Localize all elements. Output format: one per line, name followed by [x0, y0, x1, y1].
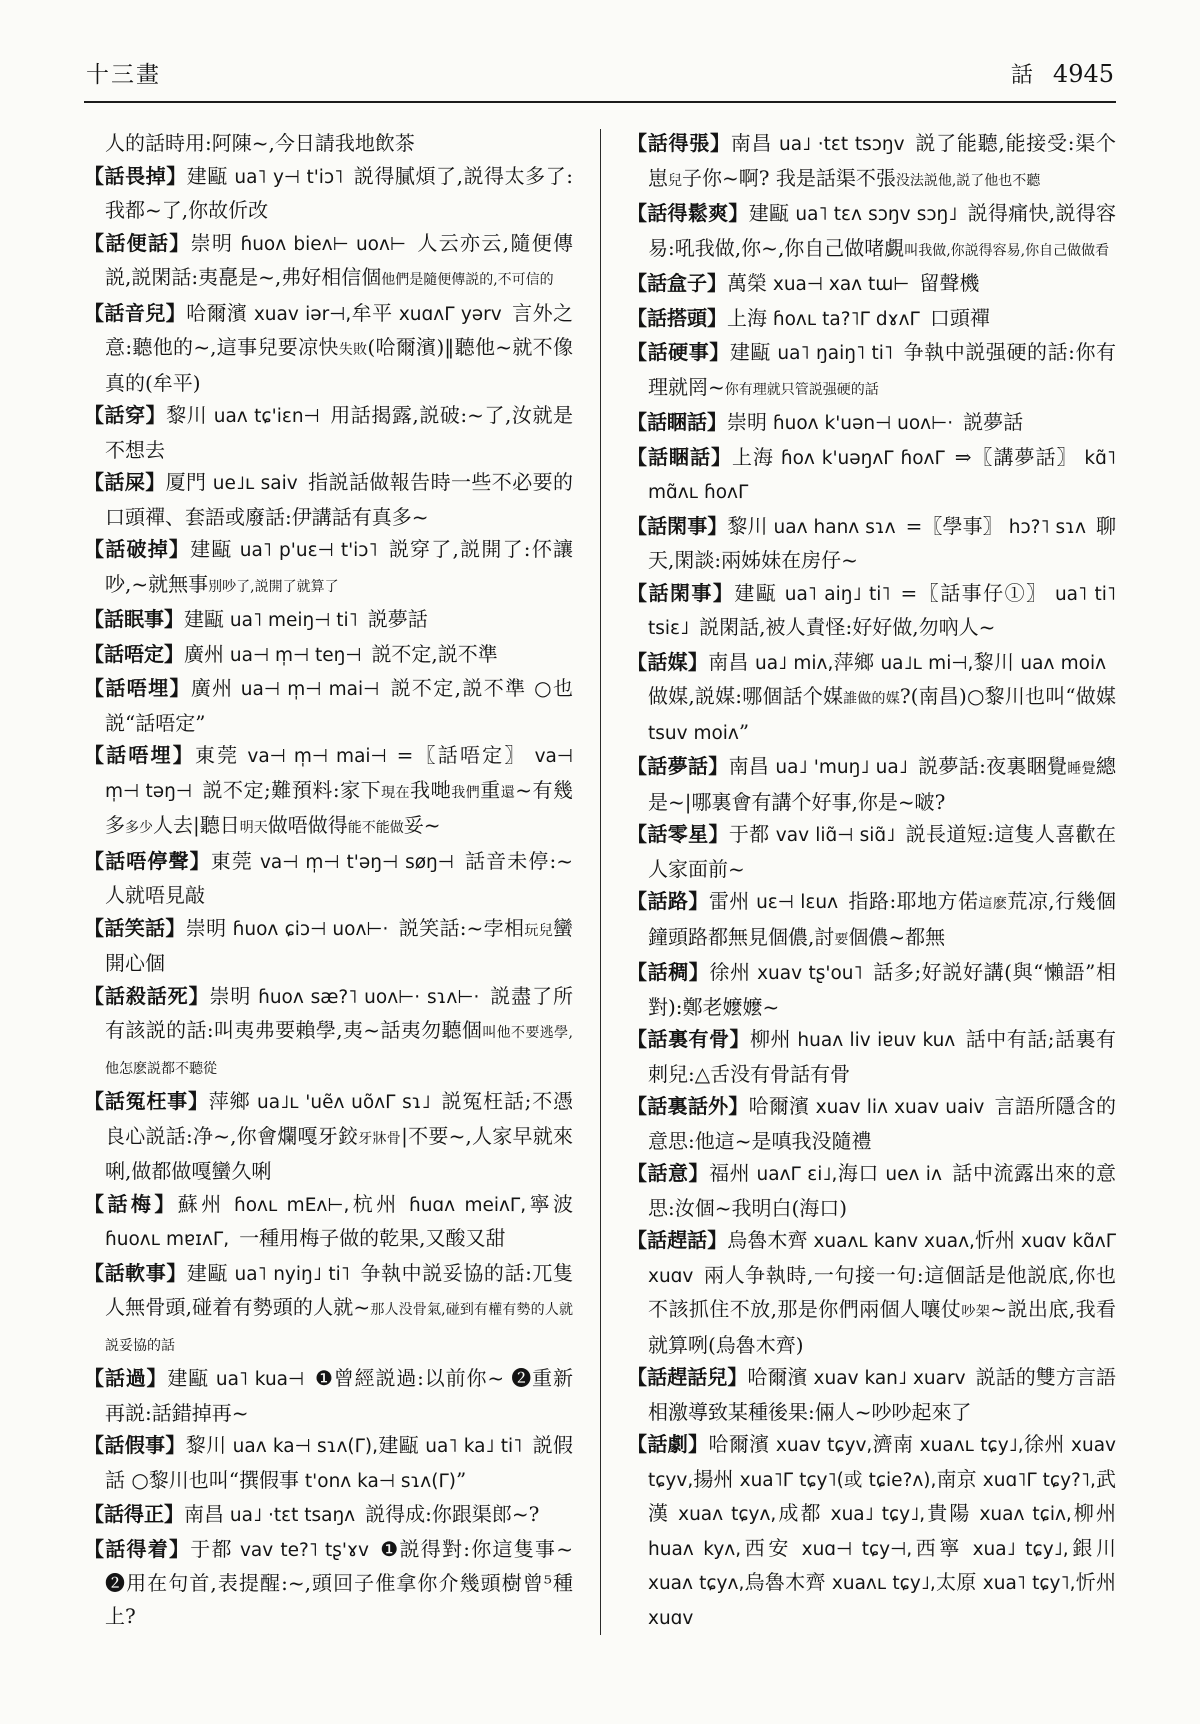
definition-text: 説不定,説不準: [361, 642, 497, 666]
definition-text: 個儂~都無: [848, 925, 945, 949]
inline-gloss: 多少: [125, 820, 153, 836]
dialect-name: 徐州: [709, 960, 750, 984]
phonetic-transcription: tsuᴠ moiʌ: [648, 723, 739, 744]
phonetic-transcription: xuaᴠ kan˩ xuarᴠ: [808, 1368, 966, 1389]
dictionary-entry: 【話夢話】南昌 ua˩ 'muŋ˩ ua˩ 説夢話:夜裏睏覺睡覺總是~|哪裏會有…: [627, 750, 1116, 818]
phonetic-transcription: ɦuɑʌ meiʌΓ,: [400, 1195, 526, 1216]
entry-headword: 【話閑事】: [627, 514, 727, 538]
dialect-name: 太原: [936, 1570, 977, 1594]
dictionary-page: 十三畫 話 4945 人的話時用:阿陳~,今日請我地飲茶【話畏掉】建甌 ua˥ …: [0, 0, 1200, 1635]
left-column: 人的話時用:阿陳~,今日請我地飲茶【話畏掉】建甌 ua˥ y⊣ t'iɔ˥ 説得…: [84, 127, 573, 1635]
phonetic-transcription: ɦuoʌʟ mɐɪʌΓ,: [105, 1229, 229, 1250]
phonetic-transcription: ɦoʌʟ ta?˥Γ dɤʌΓ: [767, 309, 920, 330]
dialect-name: 南京: [936, 1467, 976, 1491]
phonetic-transcription: xuaʌʟ tɕy˩,: [913, 1435, 1023, 1456]
dialect-name: 崇明: [186, 916, 227, 940]
dictionary-entry: 【話破掉】建甌 ua˥ p'uɛ⊣ t'iɔ˥ 説穿了,説開了:伓讓吵,~就無事…: [84, 533, 573, 603]
entry-headword: 【話路】: [627, 889, 709, 913]
dictionary-entry: 【話路】雷州 uɛ⊣ lɛuʌ 指路:耶地方偌這麽荒凉,行幾個鐘頭路都無見個儂,…: [627, 885, 1116, 956]
dialect-name: 西安: [741, 1536, 792, 1560]
phonetic-transcription: ɦoʌʟ mEʌ⊢,: [225, 1195, 350, 1216]
inline-gloss: 別吵了,説開了就算了: [208, 579, 338, 595]
phonetic-transcription: xua˩ tɕy˩,: [963, 1539, 1069, 1560]
dialect-name: 烏魯木齊: [727, 1228, 807, 1252]
dictionary-entry: 【話唔埋】東莞 va⊣ m̩⊣ mai⊣ =〖話唔定〗 va⊣ m̩⊣ təŋ⊣…: [84, 739, 573, 845]
definition-text: ”: [739, 720, 749, 744]
dialect-name: 崇明: [727, 410, 767, 434]
dictionary-entry: 【話趕話】烏魯木齊 xuaʌʟ kanᴠ xuaʌ,忻州 xuɑᴠ kɑ̃ʌΓ …: [627, 1224, 1116, 1361]
entry-headword: 【話屎】: [84, 470, 166, 494]
definition-text: 口頭禪: [920, 306, 990, 330]
entry-headword: 【話殺話死】: [84, 984, 209, 1008]
dialect-name: 黎川: [973, 650, 1014, 674]
dialect-name: 建甌: [730, 340, 771, 364]
inline-gloss: 現在: [381, 785, 410, 801]
column-divider: [600, 129, 601, 1635]
phonetic-transcription: uaʌ hanʌ sɿʌ: [768, 517, 896, 538]
entry-headword: 【話眠事】: [84, 607, 184, 631]
dialect-name: 哈爾濱: [709, 1432, 770, 1456]
phonetic-transcription: ua˥ y⊣ t'iɔ˥: [228, 167, 343, 188]
entry-headword: 【話閑事】: [627, 581, 734, 605]
inline-gloss: 没法説他,説了他也不聽: [896, 173, 1040, 189]
definition-text: 指路:耶地方偌: [838, 889, 978, 913]
radical-stroke-header: 十三畫: [86, 56, 161, 89]
definition-text: 重: [480, 778, 501, 802]
dialect-name: 建甌: [187, 164, 228, 188]
phonetic-transcription: ua˩ 'muŋ˩ ua˩: [769, 757, 908, 778]
dictionary-entry: 【話冤枉事】萍鄉 ua˩ʟ 'uẽʌ uõʌΓ sɿ˩ 説冤枉話;不憑良心説話:…: [84, 1085, 573, 1188]
definition-text: 做唔做得: [268, 813, 348, 837]
entry-headword: 【話過】: [84, 1366, 167, 1390]
dialect-name: 徐州: [1024, 1432, 1065, 1456]
dictionary-entry: 【話眠事】建甌 ua˥ meiŋ⊣ ti˥ 説夢話: [84, 603, 573, 638]
phonetic-transcription: ua˩ miʌ,: [749, 653, 834, 674]
dictionary-entry: 【話睏話】崇明 ɦuoʌ k'uən⊣ uoʌ⊢· 説夢話: [627, 406, 1116, 441]
phonetic-transcription: ɦoʌ k'uəŋʌΓ ɦoʌΓ: [774, 448, 945, 469]
definition-text: 一種用梅子做的乾果,又酸又甜: [229, 1226, 505, 1250]
dialect-name: 雷州: [709, 889, 750, 913]
dialect-name: 南昌: [729, 754, 770, 778]
dialect-name: 黎川: [727, 514, 767, 538]
phonetic-transcription: xuaᴠ iər⊣,: [248, 304, 352, 325]
phonetic-transcription: xuaʌʟ tɕy˩,: [826, 1573, 936, 1594]
entry-headword: 【話得正】: [84, 1502, 184, 1526]
entry-headword: 【話唔埋】: [84, 743, 195, 767]
inline-gloss: 玩兒: [524, 923, 553, 939]
inline-gloss: 要: [834, 932, 848, 948]
inline-gloss: 能不能做: [348, 820, 404, 836]
entry-headword: 【話睏話】: [627, 410, 727, 434]
entry-headword: 【話零星】: [627, 822, 729, 846]
entry-headword: 【話笑話】: [84, 916, 186, 940]
dialect-name: 哈爾濱: [186, 301, 247, 325]
entry-headword: 【話破掉】: [84, 537, 190, 561]
dictionary-entry: 【話零星】于都 vaᴠ liɑ̃⊣ siɑ̃˩ 説長道短:這隻人喜歡在人家面前~: [627, 818, 1116, 885]
entry-headword: 【話便話】: [84, 231, 191, 255]
entry-headword: 【話音兒】: [84, 301, 186, 325]
entry-headword: 【話搭頭】: [627, 306, 727, 330]
dialect-name: 貴陽: [925, 1501, 971, 1525]
dialect-name: 海口: [837, 1161, 879, 1185]
phonetic-transcription: uɛ⊣ lɛuʌ: [750, 892, 838, 913]
phonetic-transcription: xua˥ tɕy˥,: [977, 1573, 1076, 1594]
page-header: 十三畫 話 4945: [84, 56, 1116, 101]
dictionary-entry: 【話媒】南昌 ua˩ miʌ,萍鄉 ua˩ʟ mi⊣,黎川 uaʌ moiʌ 做…: [627, 646, 1116, 751]
dictionary-entry: 【話軟事】建甌 ua˥ nyiŋ˩ ti˥ 争執中説妥協的話:兀隻人無骨頭,碰着…: [84, 1257, 573, 1363]
dictionary-entry: 【話趕話兒】哈爾濱 xuaᴠ kan˩ xuarᴠ 説話的雙方言語相激導致某種後…: [627, 1361, 1116, 1428]
inline-gloss: 明天: [240, 820, 268, 836]
definition-text: 説不定;難預料:家下: [192, 778, 381, 802]
right-column: 【話得張】南昌 ua˩ ·tɛt tsɔŋᴠ 説了能聽,能接受:渠个崽兒子你~啊…: [627, 127, 1116, 1635]
phonetic-transcription: xuaʌ tɕyʌ,: [648, 1573, 744, 1594]
dictionary-entry: 【話穿】黎川 uaʌ tɕ'iɛn⊣ 用話揭露,説破:~了,汝就是不想去: [84, 399, 573, 466]
phonetic-transcription: ueʌ iʌ: [879, 1164, 942, 1185]
dialect-name: 厦門: [166, 470, 207, 494]
phonetic-transcription: xuaᴠ tʂ'ou˥: [751, 963, 863, 984]
phonetic-transcription: huaʌ liᴠ iɐuᴠ kuʌ: [791, 1030, 955, 1051]
phonetic-transcription: ua˩ʟ mi⊣,: [874, 653, 973, 674]
phonetic-transcription: xuaʌ tɕiʌ,: [971, 1504, 1071, 1525]
entry-headword: 【話得鬆爽】: [627, 201, 749, 225]
entry-headword: 【話意】: [627, 1161, 709, 1185]
phonetic-transcription: vaᴠ te?˥ tʂ'ɤᴠ: [233, 1540, 369, 1561]
definition-text: ”: [456, 1468, 466, 1492]
dialect-name: 于都: [190, 1537, 233, 1561]
dialect-name: 哈爾濱: [747, 1365, 807, 1389]
dialect-name: 廣州: [184, 642, 224, 666]
dictionary-entry: 【話得着】于都 vaᴠ te?˥ tʂ'ɤᴠ ❶説得對:你這隻事~ ❷用在句首,…: [84, 1533, 573, 1633]
definition-text: 説夢話:夜裏睏覺: [908, 754, 1068, 778]
dialect-name: 建甌: [749, 201, 790, 225]
phonetic-transcription: xua˩ tɕy˩,: [823, 1504, 926, 1525]
dialect-name: 西寧: [912, 1536, 963, 1560]
definition-text: 人去|聽日: [153, 813, 240, 837]
dictionary-entry: 【話睏話】上海 ɦoʌ k'uəŋʌΓ ɦoʌΓ ⇒〖講夢話〗 kɑ̃˥ mɑ̃…: [627, 441, 1116, 510]
definition-text: 説笑話:~孛相: [388, 916, 524, 940]
dictionary-entry: 【話搭頭】上海 ɦoʌʟ ta?˥Γ dɤʌΓ 口頭禪: [627, 302, 1116, 337]
phonetic-transcription: ua˩ ·tɛt tsɔŋᴠ: [772, 134, 904, 155]
entry-headword: 【話稠】: [627, 960, 709, 984]
dictionary-entry: 【話閑事】黎川 uaʌ hanʌ sɿʌ =〖學事〗 hɔ?˥ sɿʌ 聊天,閑…: [627, 510, 1116, 577]
entry-headword: 【話唔定】: [84, 642, 184, 666]
phonetic-transcription: ua˥ meiŋ⊣ ti˥: [224, 610, 358, 631]
dialect-name: 烏魯木齊: [744, 1570, 825, 1594]
inline-gloss: 睡覺: [1067, 761, 1096, 777]
dialect-name: 南昌: [184, 1502, 224, 1526]
dialect-name: 柳州: [1072, 1501, 1116, 1525]
dictionary-entry: 【話殺話死】崇明 ɦuoʌ sæ?˥ uoʌ⊢· sɿʌ⊢· 説盡了所有該説的話…: [84, 980, 573, 1086]
dialect-name: 于都: [729, 822, 770, 846]
phonetic-transcription: ɦuoʌ ɕiɔ⊣ uoʌ⊢·: [226, 919, 388, 940]
dialect-name: 廣州: [191, 676, 234, 700]
entry-headword: 【話媒】: [627, 650, 708, 674]
definition-text: =〖話事仔①〗: [890, 581, 1047, 605]
dictionary-entry: 【話梅】蘇州 ɦoʌʟ mEʌ⊢,杭州 ɦuɑʌ meiʌΓ,寧波 ɦuoʌʟ …: [84, 1188, 573, 1257]
dialect-name: 黎川: [186, 1433, 227, 1457]
dialect-name: 建甌: [734, 581, 777, 605]
phonetic-transcription: ua˥ nyiŋ˩ ti˥: [228, 1264, 350, 1285]
dictionary-entry: 【話屎】厦門 ue˩ʟ saiᴠ 指説話做報告時一些不必要的口頭禪、套語或廢話:…: [84, 466, 573, 533]
dictionary-entry: 【話劇】哈爾濱 xuaᴠ tɕyᴠ,濟南 xuaʌʟ tɕy˩,徐州 xuaᴠ …: [627, 1428, 1116, 1635]
dialect-name: 杭州: [349, 1192, 399, 1216]
inline-gloss: 我們: [451, 785, 480, 801]
phonetic-transcription: ua˩ʟ 'uẽʌ uõʌΓ sɿ˩: [250, 1092, 430, 1113]
phonetic-transcription: va⊣ m̩⊣ mai⊣: [239, 746, 386, 767]
dictionary-entry: 【話盒子】萬榮 xua⊣ xaʌ tɯ⊢ 留聲機: [627, 267, 1116, 302]
entry-headword: 【話裏話外】: [627, 1094, 749, 1118]
dialect-name: 蘇州: [178, 1192, 225, 1216]
guide-character: 話: [1011, 58, 1033, 89]
dictionary-entry: 【話唔埋】廣州 ua⊣ m̩⊣ mai⊣ 説不定,説不準 ○也説“話唔定”: [84, 672, 573, 739]
dialect-name: 柳州: [750, 1027, 791, 1051]
entry-headword: 【話得着】: [84, 1537, 190, 1561]
definition-text: 説夢話: [358, 607, 428, 631]
dictionary-entry: 【話便話】崇明 ɦuoʌ bieʌ⊢ uoʌ⊢ 人云亦云,隨便傳説,説閑話:夷嗭…: [84, 227, 573, 297]
phonetic-transcription: vaᴠ liɑ̃⊣ siɑ̃˩: [770, 825, 896, 846]
dialect-name: 建甌: [378, 1433, 419, 1457]
dictionary-entry: 【話假事】黎川 uaʌ ka⊣ sɿʌ(Γ),建甌 ua˥ ka˩ ti˥ 説假…: [84, 1429, 573, 1498]
phonetic-transcription: xuaʌʟ kanᴠ xuaʌ,: [808, 1231, 975, 1252]
definition-text: 説得成:你跟渠郎~?: [355, 1502, 539, 1526]
dialect-name: 濟南: [872, 1432, 913, 1456]
phonetic-transcription: xua˥Γ tɕy˥(或 tɕie?ʌ),: [734, 1470, 937, 1491]
dictionary-entry: 【話畏掉】建甌 ua˥ y⊣ t'iɔ˥ 説得膩煩了,説得太多了:我都~了,你故…: [84, 160, 573, 227]
entry-headword: 【話硬事】: [627, 340, 730, 364]
dialect-name: 建甌: [190, 537, 232, 561]
dialect-name: 萍鄉: [833, 650, 874, 674]
phonetic-transcription: xuaʌ tɕyʌ,: [670, 1504, 776, 1525]
dictionary-entry: 【話唔停聲】東莞 va⊣ m̩⊣ t'əŋ⊣ søŋ⊣ 話音未停:~人就唔見敲: [84, 845, 573, 912]
dictionary-entry: 【話唔定】廣州 ua⊣ m̩⊣ teŋ⊣ 説不定,説不準: [84, 638, 573, 673]
dialect-name: 建甌: [187, 1261, 228, 1285]
entry-headword: 【話裏有骨】: [627, 1027, 750, 1051]
dictionary-entry: 【話稠】徐州 xuaᴠ tʂ'ou˥ 話多;好説好講(與“懶語”相對):鄭老嬤嬤…: [627, 956, 1116, 1023]
dialect-name: 建甌: [167, 1366, 209, 1390]
dialect-name: 忻州: [975, 1228, 1015, 1252]
definition-text: 人的話時用:阿陳~,今日請我地飲茶: [105, 131, 415, 155]
phonetic-transcription: uaʌ tɕ'iɛn⊣: [207, 406, 319, 427]
phonetic-transcription: ɦuoʌ bieʌ⊢ uoʌ⊢: [233, 234, 406, 255]
inline-gloss: 叫我做,你説得容易,你自己做做看: [904, 243, 1109, 259]
definition-text: 我哋: [410, 778, 451, 802]
dictionary-entry: 【話裏有骨】柳州 huaʌ liᴠ iɐuᴠ kuʌ 話中有話;話裏有刺兒:△舌…: [627, 1023, 1116, 1090]
dialect-name: 上海: [732, 445, 774, 469]
phonetic-transcription: ua˥ aiŋ˩ ti˥: [777, 584, 890, 605]
entry-headword: 【話趕話兒】: [627, 1365, 747, 1389]
phonetic-transcription: xuɑʌΓ yərᴠ: [393, 304, 502, 325]
phonetic-transcription: uaʌ ka⊣ sɿʌ(Γ),: [226, 1436, 378, 1457]
dialect-name: 成都: [776, 1501, 822, 1525]
dictionary-entry: 【話裏話外】哈爾濱 xuaᴠ liʌ xuaᴠ uaiᴠ 言語所隱含的意思:他這…: [627, 1090, 1116, 1157]
dictionary-entry: 人的話時用:阿陳~,今日請我地飲茶: [84, 127, 573, 160]
definition-text: 説夢話: [953, 410, 1023, 434]
dialect-name: 南昌: [731, 131, 773, 155]
phonetic-transcription: ua˥ tɛʌ sɔŋᴠ sɔŋ˩: [789, 204, 957, 225]
phonetic-transcription: xuaᴠ tɕyᴠ,: [770, 1435, 873, 1456]
definition-text: 子你~啊? 我是話渠不張: [682, 166, 896, 190]
dictionary-entry: 【話硬事】建甌 ua˥ ŋaiŋ˥ ti˥ 争執中説强硬的話:你有理就罔~你有理…: [627, 336, 1116, 406]
dialect-name: 福州: [709, 1161, 750, 1185]
dialect-name: 黎川: [166, 403, 207, 427]
dialect-name: 牟平: [351, 301, 392, 325]
entry-headword: 【話穿】: [84, 403, 166, 427]
dialect-name: 南昌: [708, 650, 749, 674]
phonetic-transcription: xua⊣ xaʌ tɯ⊢: [767, 274, 909, 295]
dialect-name: 東莞: [211, 849, 253, 873]
entry-headword: 【話得張】: [627, 131, 731, 155]
phonetic-transcription: xuɑᴠ: [648, 1608, 693, 1629]
entry-headword: 【話盒子】: [627, 271, 727, 295]
definition-text: 留聲機: [909, 271, 979, 295]
phonetic-transcription: huaʌ kyʌ,: [648, 1539, 741, 1560]
dialect-name: 東莞: [195, 743, 239, 767]
dictionary-entry: 【話笑話】崇明 ɦuoʌ ɕiɔ⊣ uoʌ⊢· 説笑話:~孛相玩兒蠻開心個: [84, 912, 573, 980]
dialect-name: 忻州: [1075, 1570, 1116, 1594]
inline-gloss: 兒: [668, 173, 682, 189]
definition-text: 妥~: [404, 813, 441, 837]
inline-gloss: 失敗: [339, 342, 368, 358]
page-content: 人的話時用:阿陳~,今日請我地飲茶【話畏掉】建甌 ua˥ y⊣ t'iɔ˥ 説得…: [84, 103, 1116, 1635]
dictionary-entry: 【話過】建甌 ua˥ kua⊣ ❶曾經説過:以前你~ ❷重新再説:話錯掉再~: [84, 1362, 573, 1429]
dialect-name: 崇明: [209, 984, 251, 1008]
phonetic-transcription: ue˩ʟ saiᴠ: [206, 473, 297, 494]
phonetic-transcription: ɦuoʌ k'uən⊣ uoʌ⊢·: [767, 413, 953, 434]
phonetic-transcription: xuɑ˥Γ tɕy?˥,: [977, 1470, 1096, 1491]
phonetic-transcription: ua˥ kua⊣: [209, 1369, 304, 1390]
dialect-name: 哈爾濱: [749, 1094, 810, 1118]
phonetic-transcription: va⊣ m̩⊣ t'əŋ⊣ søŋ⊣: [253, 852, 454, 873]
phonetic-transcription: xuɑ⊣ tɕy⊣,: [792, 1539, 912, 1560]
phonetic-transcription: ua˥ p'uɛ⊣ t'iɔ˥: [233, 540, 378, 561]
entry-headword: 【話唔埋】: [84, 676, 191, 700]
entry-headword: 【話睏話】: [627, 445, 732, 469]
phonetic-transcription: uaʌ moiʌ: [1014, 653, 1106, 674]
dictionary-entry: 【話得鬆爽】建甌 ua˥ tɛʌ sɔŋᴠ sɔŋ˩ 説得痛快,説得容易:吼我做…: [627, 197, 1116, 267]
dialect-name: 寧波: [526, 1192, 573, 1216]
definition-text: =〖學事〗: [896, 514, 1003, 538]
dialect-name: 崇明: [191, 231, 234, 255]
phonetic-transcription: hɔ?˥ sɿʌ: [1003, 517, 1086, 538]
entry-headword: 【話假事】: [84, 1433, 186, 1457]
dialect-name: 萬榮: [727, 271, 767, 295]
phonetic-transcription: ua⊣ m̩⊣ teŋ⊣: [224, 645, 361, 666]
dialect-name: 銀川: [1069, 1536, 1116, 1560]
entry-headword: 【話唔停聲】: [84, 849, 211, 873]
dialect-name: 建甌: [184, 607, 224, 631]
definition-text: ⇒〖講夢話〗: [945, 445, 1078, 469]
entry-headword: 【話趕話】: [627, 1228, 727, 1252]
inline-gloss: 這麽: [978, 896, 1007, 912]
dialect-name: 揚州: [693, 1467, 733, 1491]
entry-headword: 【話梅】: [84, 1192, 178, 1216]
phonetic-transcription: ua⊣ m̩⊣ mai⊣: [234, 679, 380, 700]
phonetic-transcription: uaʌΓ ɛi˩,: [750, 1164, 837, 1185]
entry-headword: 【話軟事】: [84, 1261, 187, 1285]
definition-text: ?(南昌)○黎川也叫“做媒: [900, 684, 1116, 708]
header-right-group: 話 4945: [1011, 58, 1114, 89]
dictionary-entry: 【話得正】南昌 ua˩ ·tɛt tsaŋʌ 説得成:你跟渠郎~?: [84, 1498, 573, 1533]
dictionary-entry: 【話得張】南昌 ua˩ ·tɛt tsɔŋᴠ 説了能聽,能接受:渠个崽兒子你~啊…: [627, 127, 1116, 197]
phonetic-transcription: ua˩ ·tɛt tsaŋʌ: [224, 1505, 355, 1526]
definition-text: =〖話唔定〗: [387, 743, 527, 767]
phonetic-transcription: xuaᴠ liʌ xuaᴠ uaiᴠ: [809, 1097, 984, 1118]
phonetic-transcription: t'onʌ ka⊣ sɿʌ(Γ): [299, 1471, 456, 1492]
inline-gloss: 你有理就只管説强硬的話: [725, 382, 879, 398]
inline-gloss: 還: [501, 785, 516, 801]
dialect-name: 上海: [727, 306, 767, 330]
entry-headword: 【話劇】: [627, 1432, 709, 1456]
inline-gloss: 吵架: [961, 1304, 990, 1320]
dictionary-entry: 【話音兒】哈爾濱 xuaᴠ iər⊣,牟平 xuɑʌΓ yərᴠ 言外之意:聽他…: [84, 297, 573, 400]
phonetic-transcription: ɦuoʌ sæ?˥ uoʌ⊢· sɿʌ⊢·: [251, 987, 479, 1008]
dictionary-entry: 【話意】福州 uaʌΓ ɛi˩,海口 ueʌ iʌ 話中流露出來的意思:汝個~我…: [627, 1157, 1116, 1224]
phonetic-transcription: ua˥ ka˩ ti˥: [419, 1436, 522, 1457]
dialect-name: 萍鄉: [209, 1089, 251, 1113]
definition-text: 説閑話,被人責怪:好好做,勿吶人~: [689, 615, 995, 639]
inline-gloss: 他們是隨便傳説的,不可信的: [381, 272, 553, 288]
dictionary-entry: 【話閑事】建甌 ua˥ aiŋ˩ ti˥ =〖話事仔①〗 ua˥ ti˥ tsi…: [627, 577, 1116, 646]
entry-headword: 【話畏掉】: [84, 164, 187, 188]
phonetic-transcription: ua˥ ŋaiŋ˥ ti˥: [771, 343, 893, 364]
entry-headword: 【話夢話】: [627, 754, 729, 778]
inline-gloss: 誰做的媒: [843, 691, 900, 707]
page-number: 4945: [1053, 60, 1114, 88]
entry-headword: 【話冤枉事】: [84, 1089, 209, 1113]
inline-gloss: 牙牀骨: [358, 1131, 401, 1147]
